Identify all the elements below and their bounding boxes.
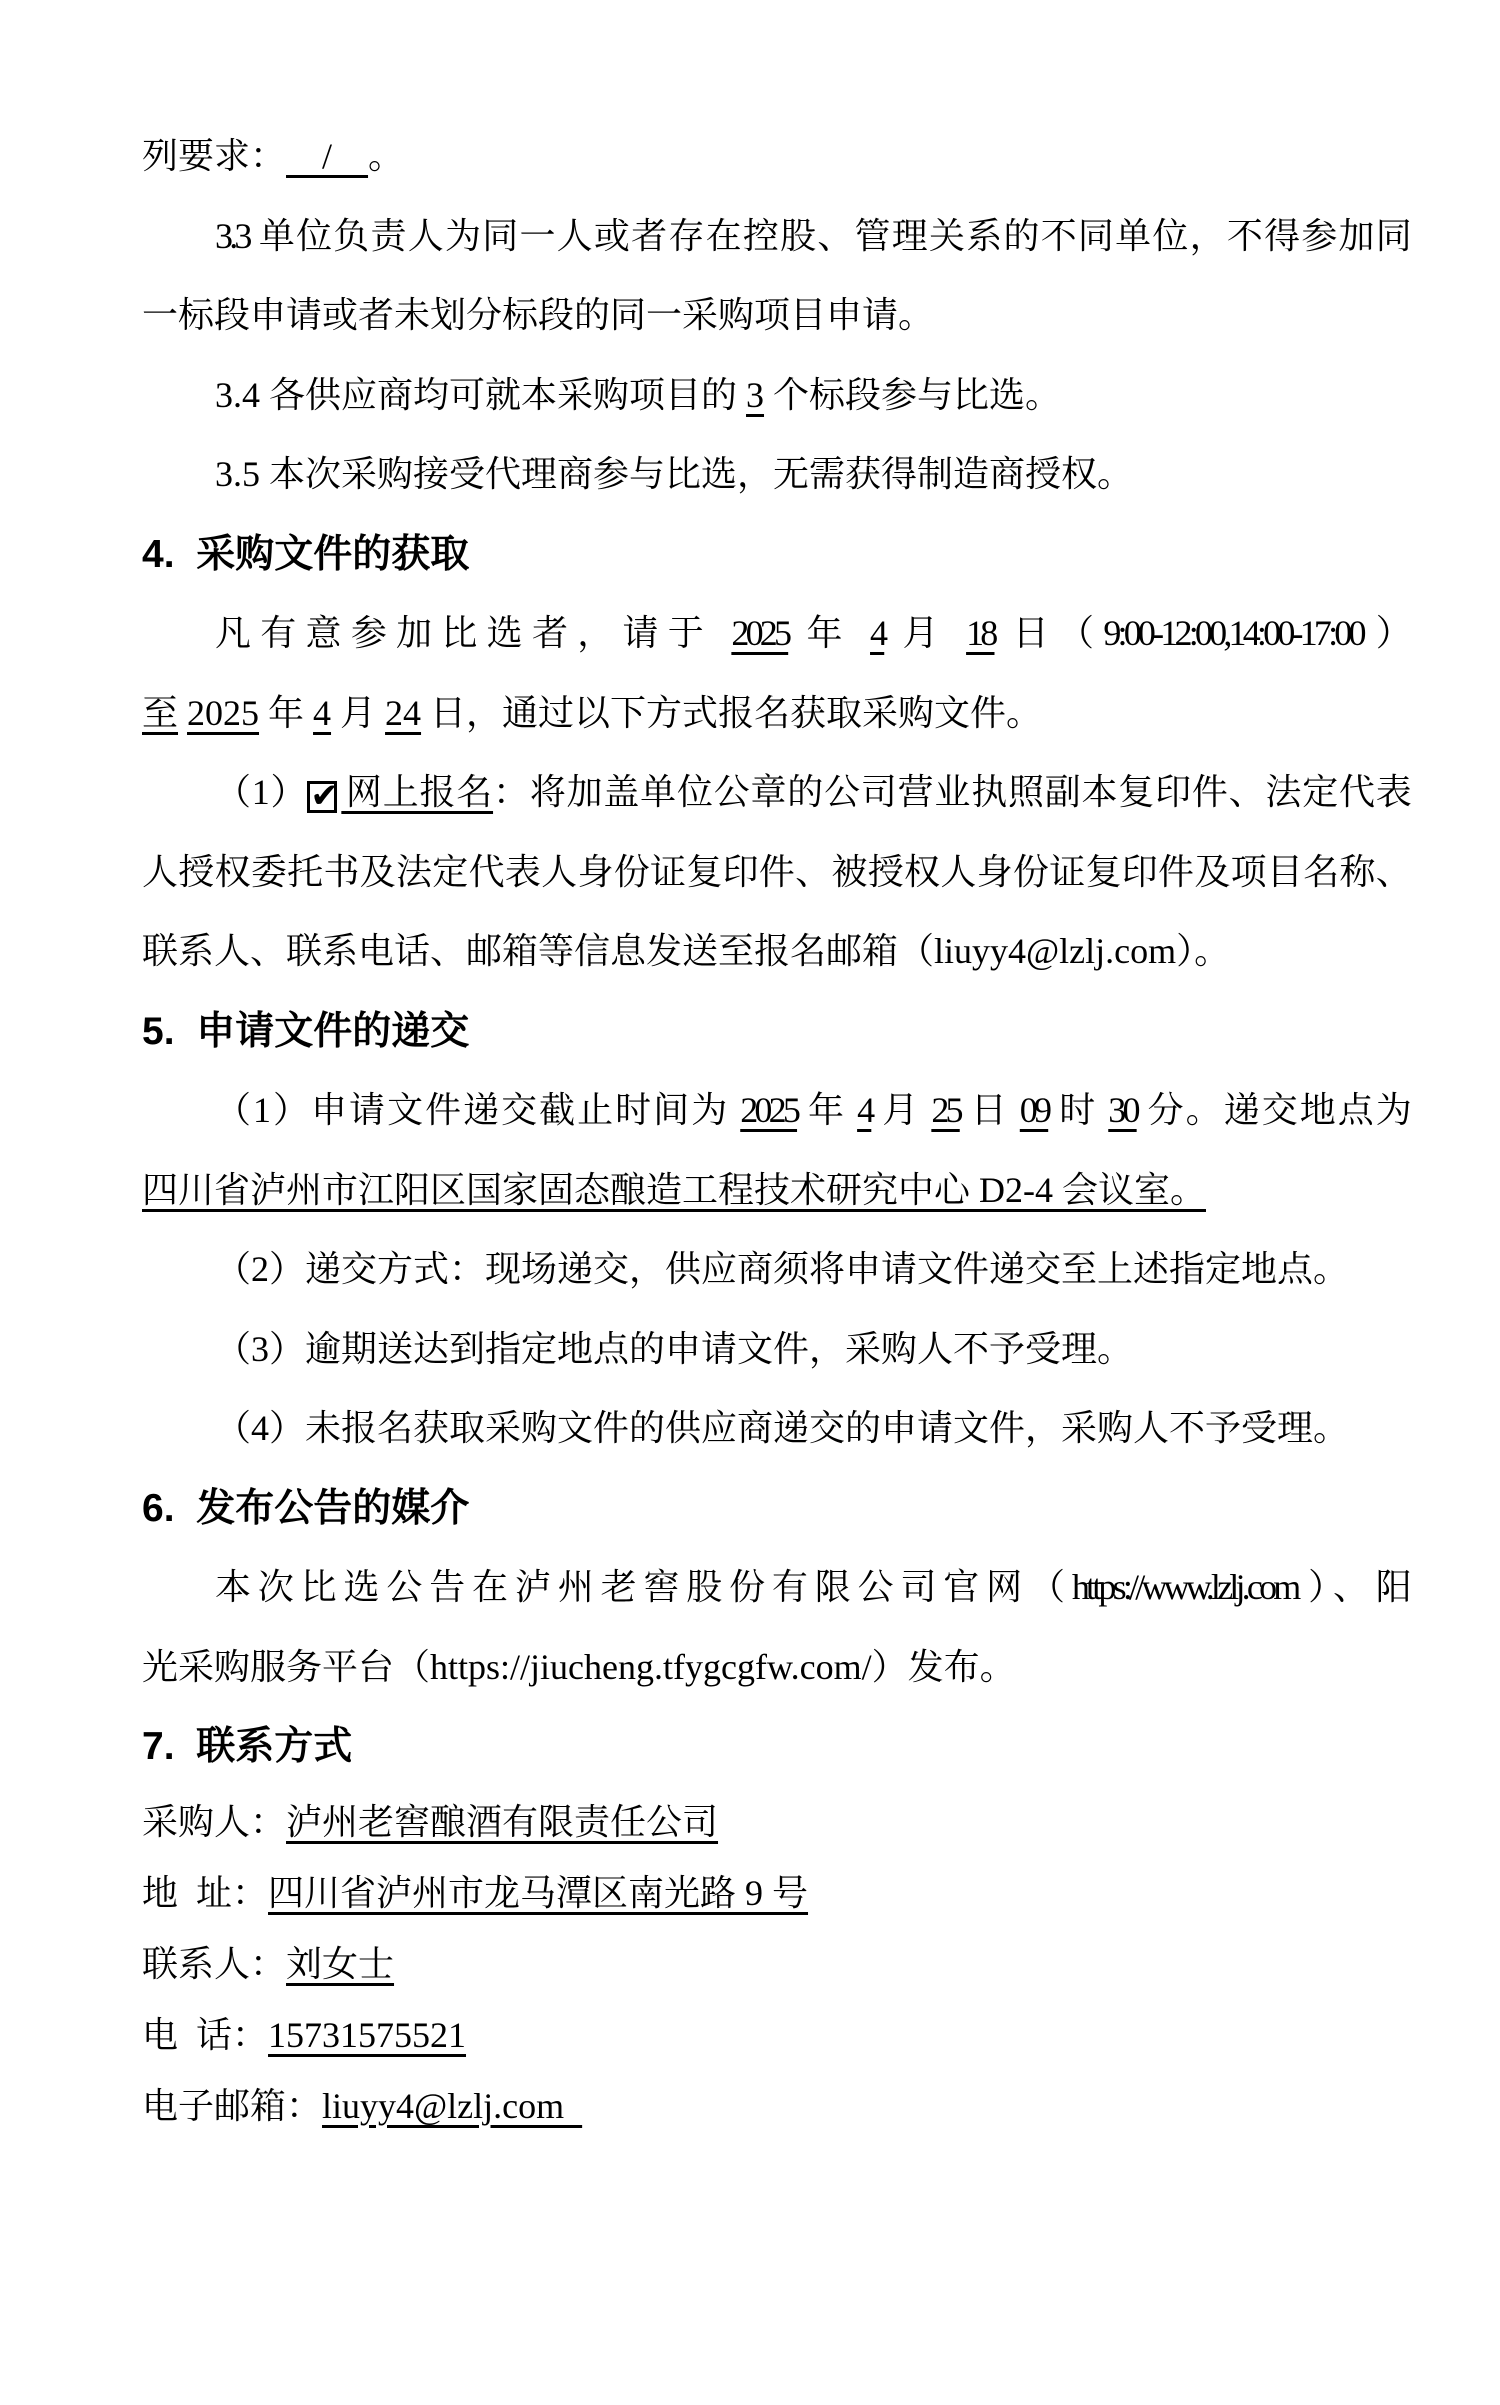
line-clause-3-3b: 一标段申请或者未划分标段的同一采购项目申请。	[142, 276, 1408, 356]
text-run: 月	[331, 693, 385, 733]
text-run: 一标段申请或者未划分标段的同一采购项目申请。	[142, 295, 934, 335]
line-online-signup-a: （1）✔网上报名：将加盖单位公章的公司营业执照副本复印件、法定代表	[142, 753, 1408, 833]
line-clause-3-3a: 3.3 单位负责人为同一人或者存在控股、管理关系的不同单位，不得参加同	[142, 197, 1408, 277]
text-run: 人授权委托书及法定代表人身份证复印件、被授权人身份证复印件及项目名称、	[142, 852, 1408, 892]
text-run: 四川省泸州市江阳区国家固态酿造工程技术研究中心 D2-4 会议室。	[142, 1170, 1206, 1210]
text-run: （4）未报名获取采购文件的供应商递交的申请文件，采购人不予受理。	[215, 1408, 1349, 1448]
text-run: 09	[1020, 1090, 1048, 1130]
contact-person: 联系人：刘女士	[142, 1929, 1408, 2000]
text-run: 3.5 本次采购接受代理商参与比选，无需获得制造商授权。	[215, 454, 1133, 494]
checkbox-checked-icon: ✔	[307, 781, 337, 813]
text-run: ：将加盖单位公章的公司营业执照副本复印件、法定代表	[493, 772, 1408, 812]
line-obtain-docs-a: 凡有意参加比选者，请于 2025 年 4 月 18 日（9:00-12:00,1…	[142, 594, 1408, 674]
text-run: 5. 申请文件的递交	[142, 1010, 469, 1053]
line-clause-5-2: （2）递交方式：现场递交，供应商须将申请文件递交至上述指定地点。	[142, 1230, 1408, 1310]
text-run: 18	[966, 613, 994, 653]
text-run: 4	[870, 613, 884, 653]
text-run: （1）申请文件递交截止时间为	[215, 1090, 740, 1130]
text-run: （1）	[215, 772, 307, 812]
line-obtain-docs-b: 至 2025 年 4 月 24 日，通过以下方式报名获取采购文件。	[142, 674, 1408, 754]
text-run: 4	[857, 1090, 871, 1130]
heading-section-6: 6. 发布公告的媒介	[142, 1469, 1408, 1549]
text-run: 日，通过以下方式报名获取采购文件。	[421, 693, 1042, 733]
text-run: 列要求：	[142, 136, 286, 176]
text-run: 光采购服务平台（https://jiucheng.tfygcgfw.com/）发…	[142, 1647, 1016, 1687]
text-run: 日	[960, 1090, 1020, 1130]
line-online-signup-b: 人授权委托书及法定代表人身份证复印件、被授权人身份证复印件及项目名称、	[142, 833, 1408, 913]
text-run: 日（9:00-12:00,14:00-17:00）	[994, 613, 1408, 653]
text-run: 至	[142, 693, 178, 733]
text-run: 年	[788, 613, 870, 653]
heading-section-4: 4. 采购文件的获取	[142, 515, 1408, 595]
text-run: 年	[797, 1090, 857, 1130]
text-run: 30	[1108, 1090, 1136, 1130]
text-run: （3）逾期送达到指定地点的申请文件，采购人不予受理。	[215, 1329, 1133, 1369]
text-run: 2025	[187, 693, 259, 733]
text-run	[178, 693, 187, 733]
text-run: 3.4 各供应商均可就本采购项目的	[215, 375, 746, 415]
text-run: 时	[1048, 1090, 1108, 1130]
line-clause-5-3: （3）逾期送达到指定地点的申请文件，采购人不予受理。	[142, 1310, 1408, 1390]
text-run: 凡有意参加比选者，请于	[215, 613, 731, 653]
line-online-signup-c: 联系人、联系电话、邮箱等信息发送至报名邮箱（liuyy4@lzlj.com）。	[142, 912, 1408, 992]
text-run: 电 话：	[142, 2015, 268, 2055]
text-run: 月	[871, 1090, 931, 1130]
text-run: 2025	[731, 613, 788, 653]
line-announcement-a: 本次比选公告在泸州老窖股份有限公司官网（https://www.lzlj.com…	[142, 1548, 1408, 1628]
line-deadline-b: 四川省泸州市江阳区国家固态酿造工程技术研究中心 D2-4 会议室。	[142, 1151, 1408, 1231]
line-deadline-a: （1）申请文件递交截止时间为 2025 年 4 月 25 日 09 时 30 分…	[142, 1071, 1408, 1151]
text-run: 月	[884, 613, 966, 653]
text-run: 地 址：	[142, 1873, 268, 1913]
contact-phone: 电 话：15731575521	[142, 2000, 1408, 2071]
heading-section-7: 7. 联系方式	[142, 1707, 1408, 1787]
text-run: 个标段参与比选。	[764, 375, 1061, 415]
text-run: 电子邮箱：	[142, 2086, 322, 2126]
line-clause-5-4: （4）未报名获取采购文件的供应商递交的申请文件，采购人不予受理。	[142, 1389, 1408, 1469]
text-run: 24	[385, 693, 421, 733]
text-run: 3.3 单位负责人为同一人或者存在控股、管理关系的不同单位，不得参加同	[215, 216, 1408, 256]
contact-purchaser: 采购人：泸州老窖酿酒有限责任公司	[142, 1787, 1408, 1858]
text-run: 泸州老窖酿酒有限责任公司	[286, 1802, 718, 1842]
text-run: 4. 采购文件的获取	[142, 533, 469, 576]
text-run: 15731575521	[268, 2015, 466, 2055]
line-clause-3-5: 3.5 本次采购接受代理商参与比选，无需获得制造商授权。	[142, 435, 1408, 515]
text-run: 2025	[740, 1090, 797, 1130]
text-run: 网上报名	[341, 772, 493, 812]
text-run: 刘女士	[286, 1944, 394, 1984]
text-run: 3	[746, 375, 764, 415]
line-announcement-b: 光采购服务平台（https://jiucheng.tfygcgfw.com/）发…	[142, 1628, 1408, 1708]
line-fill-requirement: 列要求： / 。	[142, 117, 1408, 197]
text-run: 6. 发布公告的媒介	[142, 1487, 469, 1530]
text-run: /	[286, 136, 368, 176]
text-run: （2）递交方式：现场递交，供应商须将申请文件递交至上述指定地点。	[215, 1249, 1349, 1289]
heading-section-5: 5. 申请文件的递交	[142, 992, 1408, 1072]
contact-address: 地 址：四川省泸州市龙马潭区南光路 9 号	[142, 1858, 1408, 1929]
text-run: 25	[931, 1090, 959, 1130]
text-run: 分。递交地点为	[1137, 1090, 1408, 1130]
document-page: 列要求： / 。3.3 单位负责人为同一人或者存在控股、管理关系的不同单位，不得…	[0, 0, 1500, 2405]
text-run: 本次比选公告在泸州老窖股份有限公司官网（https://www.lzlj.com…	[215, 1567, 1408, 1607]
text-run: liuyy4@lzlj.com	[322, 2086, 582, 2126]
text-run: 年	[259, 693, 313, 733]
text-run: 采购人：	[142, 1802, 286, 1842]
contact-email: 电子邮箱：liuyy4@lzlj.com	[142, 2071, 1408, 2142]
text-run: 。	[368, 136, 404, 176]
text-run: 4	[313, 693, 331, 733]
text-run: 联系人：	[142, 1944, 286, 1984]
text-run: 7. 联系方式	[142, 1725, 352, 1768]
text-run: 联系人、联系电话、邮箱等信息发送至报名邮箱（liuyy4@lzlj.com）。	[142, 931, 1230, 971]
text-run: 四川省泸州市龙马潭区南光路 9 号	[268, 1873, 808, 1913]
line-clause-3-4: 3.4 各供应商均可就本采购项目的 3 个标段参与比选。	[142, 356, 1408, 436]
